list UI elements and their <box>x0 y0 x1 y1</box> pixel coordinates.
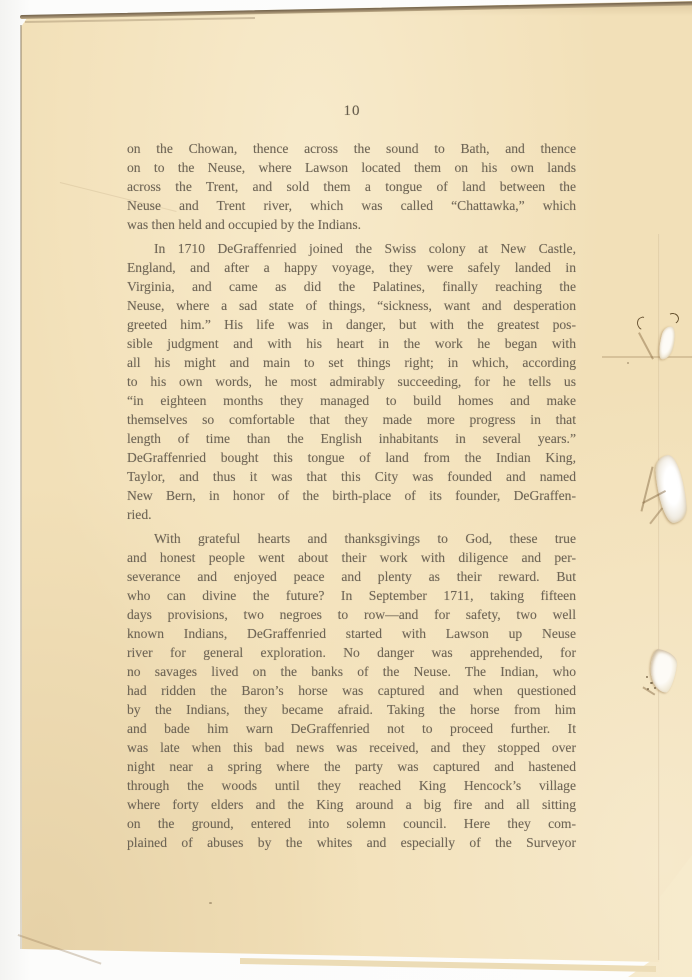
text-line: length of time than the English inhabita… <box>127 429 576 448</box>
text-line: severance and enjoyed peace and plenty a… <box>127 567 576 586</box>
text-line: plained of abuses by the whites and espe… <box>127 833 576 852</box>
text-line: was then held and occupied by the Indian… <box>127 215 576 234</box>
text-line: known Indians, DeGraffenried started wit… <box>127 624 576 643</box>
text-line: In 1710 DeGraffenried joined the Swiss c… <box>127 239 576 258</box>
paper-speck <box>627 362 629 364</box>
text-line: days provisions, two negroes to row—and … <box>127 605 576 624</box>
text-line: who can divine the future? In September … <box>127 586 576 605</box>
paragraph: on the Chowan, thence across the sound t… <box>127 139 576 234</box>
text-line: to his own words, he most admirably succ… <box>127 372 576 391</box>
text-line: and bade him warn DeGraffenried not to p… <box>127 719 576 738</box>
text-line: Neuse and Trent river, which was called … <box>127 196 576 215</box>
text-line: was late when this bad news was received… <box>127 738 576 757</box>
text-line: had ridden the Baron’s horse was capture… <box>127 681 576 700</box>
paragraph: With grateful hearts and thanksgivings t… <box>127 529 576 852</box>
paper-speck <box>654 687 656 689</box>
text-line: where forty elders and the King around a… <box>127 795 576 814</box>
text-line: greeted him.” His life was in danger, bu… <box>127 315 576 334</box>
text-line: With grateful hearts and thanksgivings t… <box>127 529 576 548</box>
horizontal-fold-crease <box>602 356 692 358</box>
paper-speck <box>209 902 212 904</box>
page-number: 10 <box>128 103 576 120</box>
text-line: sible judgment and with his heart in the… <box>127 334 576 353</box>
page-left-edge <box>20 25 22 949</box>
text-line: night near a spring where the party was … <box>127 757 576 776</box>
text-line: on the ground, entered into solemn counc… <box>127 814 576 833</box>
paper-speck <box>647 688 649 690</box>
text-line: England, and after a happy voyage, they … <box>127 258 576 277</box>
paper-speck <box>650 682 653 684</box>
text-line: New Bern, in honor of the birth-place of… <box>127 486 576 505</box>
text-line: themselves so comfortable that they made… <box>127 410 576 429</box>
text-line: Neuse, where a sad state of things, “sic… <box>127 296 576 315</box>
text-line: by the Indians, they became afraid. Taki… <box>127 700 576 719</box>
text-line: ried. <box>127 505 576 524</box>
text-line: “in eighteen months they managed to buil… <box>127 391 576 410</box>
text-line: across the Trent, and sold them a tongue… <box>127 177 576 196</box>
text-line: through the woods until they reached Kin… <box>127 776 576 795</box>
text-line: DeGraffenried bought this tongue of land… <box>127 448 576 467</box>
text-line: river for general exploration. No danger… <box>127 643 576 662</box>
text-block: on the Chowan, thence across the sound t… <box>127 139 576 852</box>
paragraph: In 1710 DeGraffenried joined the Swiss c… <box>127 239 576 524</box>
text-line: all his might and main to set things rig… <box>127 353 576 372</box>
text-line: Virginia, and came as did the Palatines,… <box>127 277 576 296</box>
text-line: on the Chowan, thence across the sound t… <box>127 139 576 158</box>
text-line: and honest people went about their work … <box>127 548 576 567</box>
text-line: on to the Neuse, where Lawson located th… <box>127 158 576 177</box>
text-line: Taylor, and thus it was that this City w… <box>127 467 576 486</box>
text-line: no savages lived on the banks of the Neu… <box>127 662 576 681</box>
paper-speck <box>646 676 648 678</box>
